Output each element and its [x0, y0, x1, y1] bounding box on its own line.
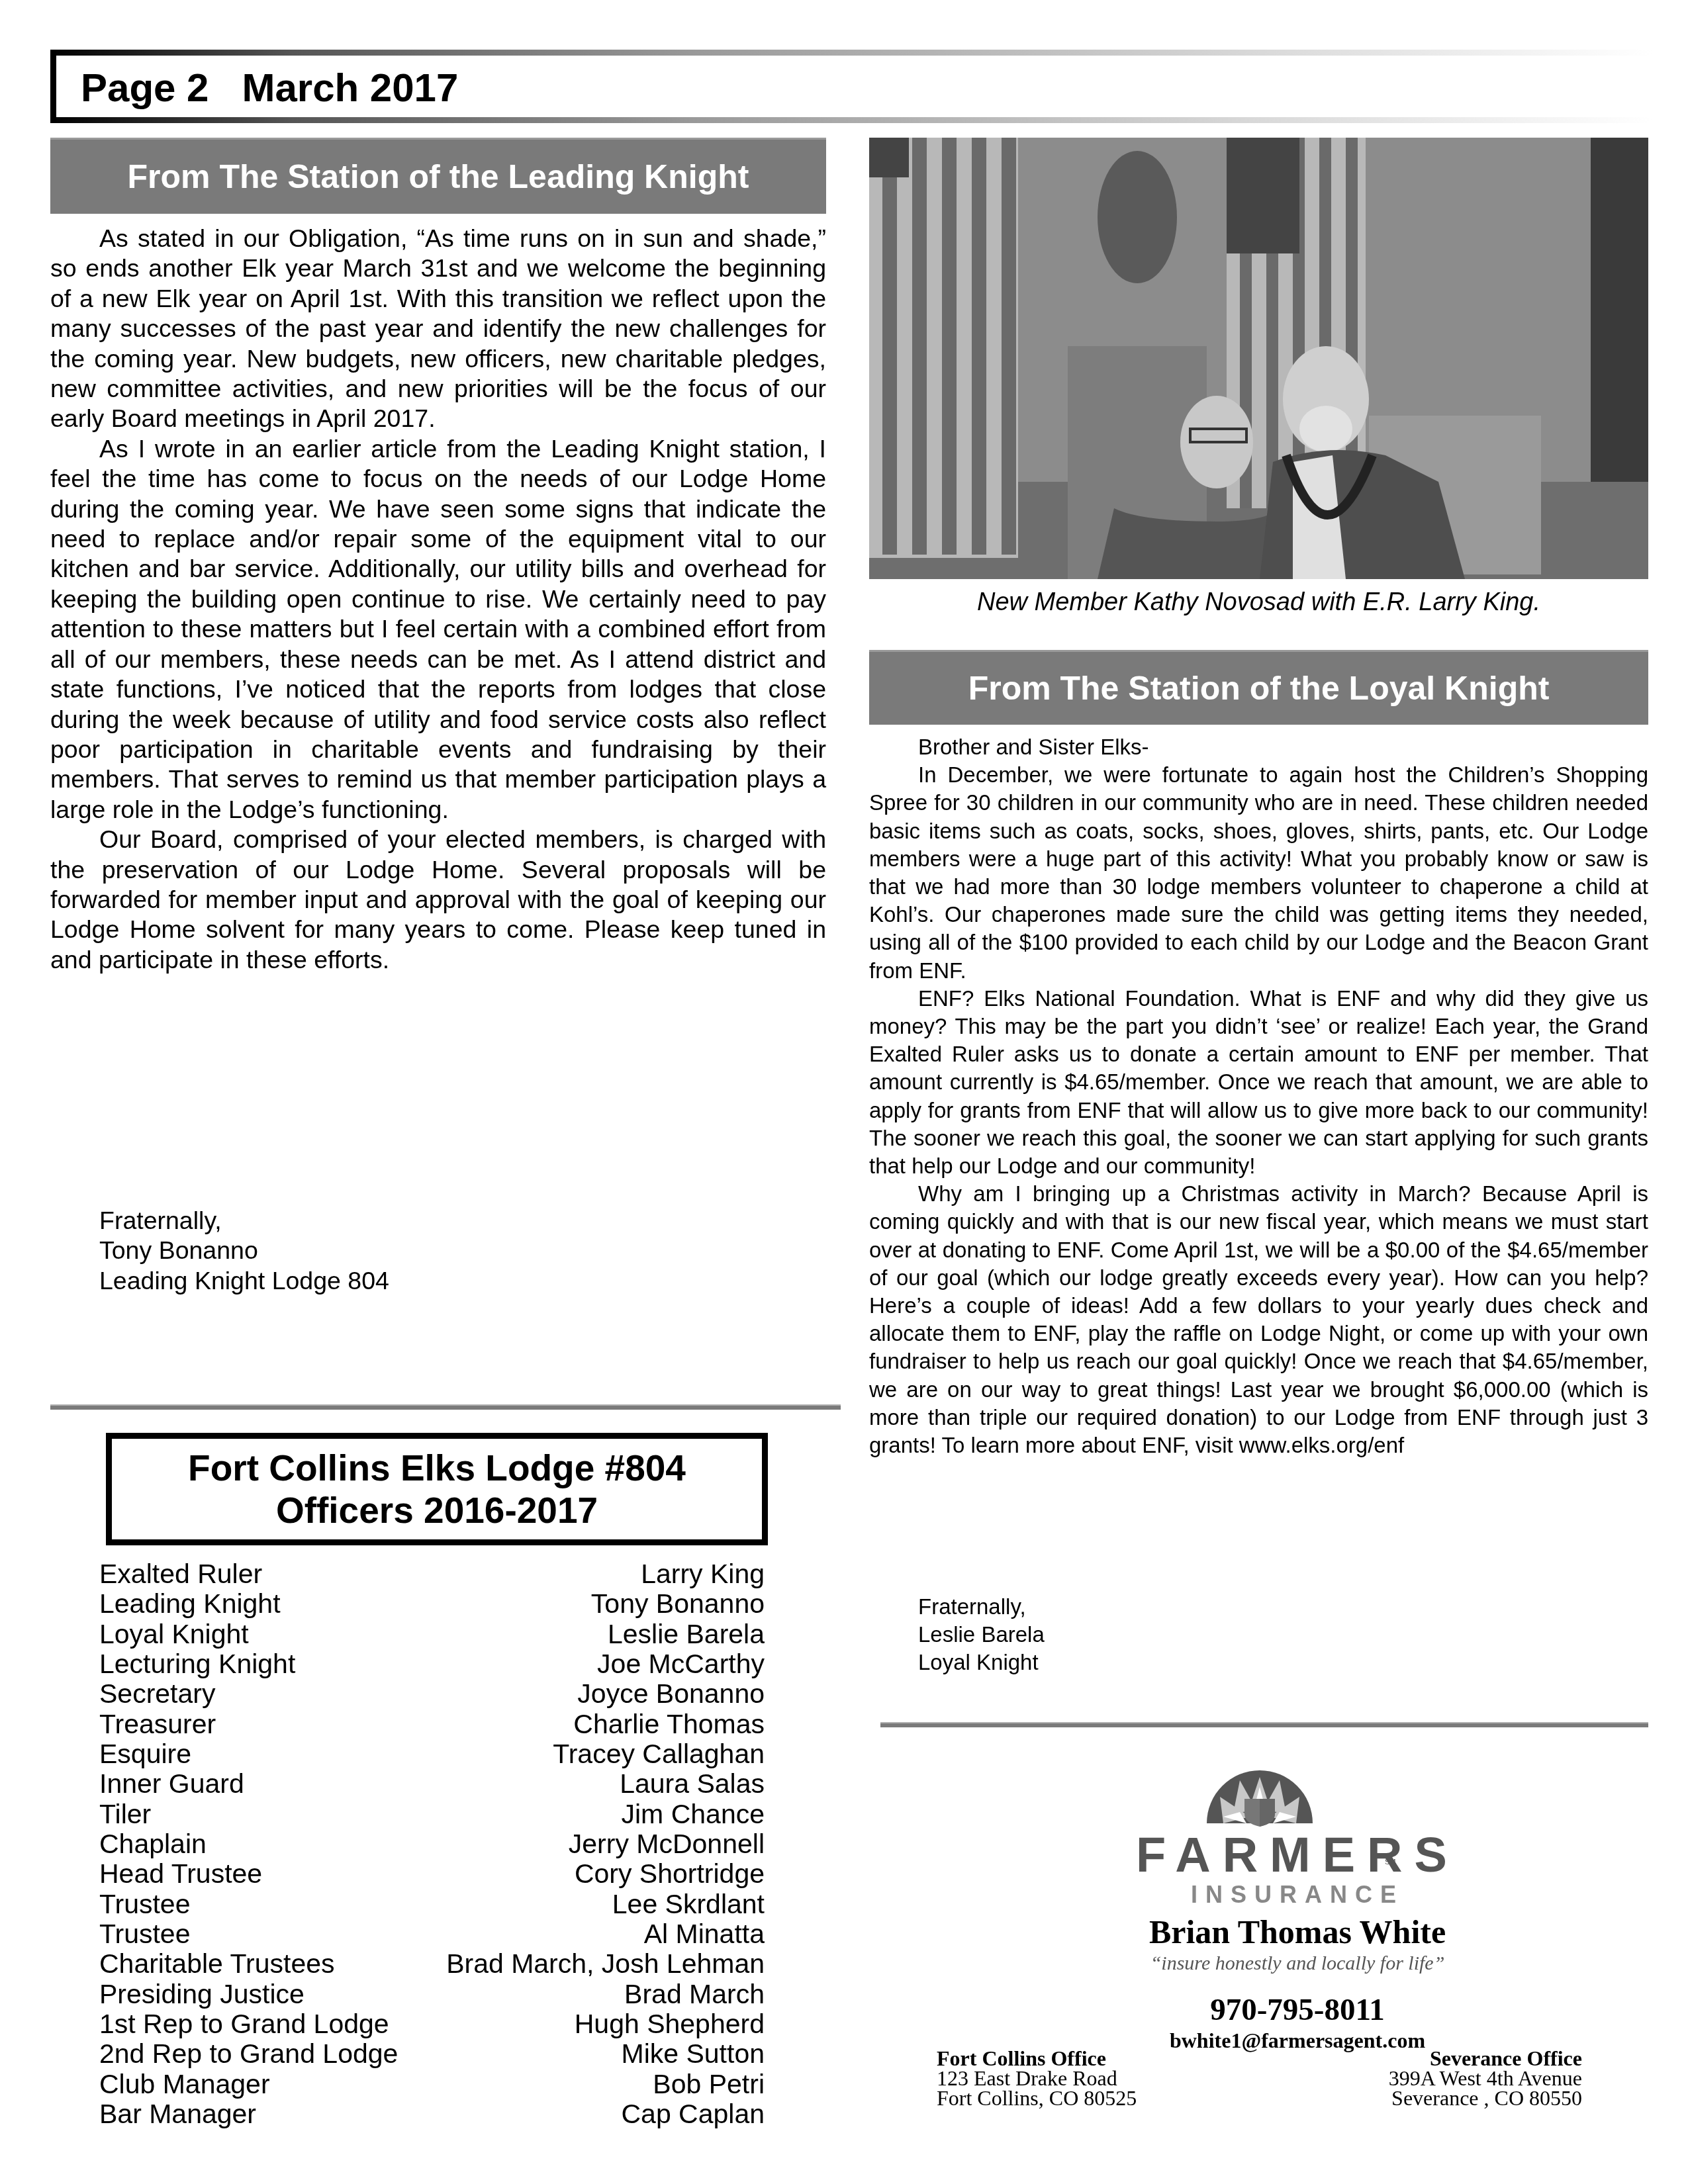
photo-caption: New Member Kathy Novosad with E.R. Larry… [869, 582, 1648, 622]
officer-name: Cory Shortridge [575, 1859, 765, 1889]
photo-illustration [869, 138, 1648, 579]
author-name: Tony Bonanno [99, 1236, 389, 1265]
officer-name: Hugh Shepherd [575, 2009, 765, 2039]
officer-role: Chaplain [99, 1829, 207, 1859]
officer-row: Head TrusteeCory Shortridge [99, 1859, 765, 1889]
article-paragraph: ENF? Elks National Foundation. What is E… [869, 985, 1648, 1180]
officer-name: Brad March, Josh Lehman [446, 1949, 765, 1979]
officer-row: 1st Rep to Grand LodgeHugh Shepherd [99, 2009, 765, 2039]
officer-role: Trustee [99, 1919, 190, 1949]
member-photo [869, 138, 1648, 579]
officer-row: Club ManagerBob Petri [99, 2070, 765, 2099]
officer-name: Laura Salas [620, 1769, 765, 1799]
page-title: Page 2 March 2017 [81, 58, 458, 118]
loyal-knight-banner: From The Station of the Loyal Knight [869, 650, 1648, 725]
officer-row: TrusteeAl Minatta [99, 1919, 765, 1949]
loyal-knight-signature: Fraternally, Leslie Barela Loyal Knight [918, 1593, 1045, 1677]
officers-title-line2: Officers 2016-2017 [112, 1489, 762, 1531]
officer-row: ChaplainJerry McDonnell [99, 1829, 765, 1859]
header-bottom-rule [50, 117, 1652, 123]
officer-role: Esquire [99, 1739, 191, 1769]
officer-row: Charitable TrusteesBrad March, Josh Lehm… [99, 1949, 765, 1979]
office-city: Severance , CO 80550 [1317, 2088, 1582, 2108]
officer-role: Bar Manager [99, 2099, 256, 2129]
officer-role: Charitable Trustees [99, 1949, 335, 1979]
page-label: Page 2 [81, 66, 209, 110]
officer-name: Brad March [624, 1979, 765, 2009]
leading-knight-banner: From The Station of the Leading Knight [50, 138, 826, 214]
officer-role: Treasurer [99, 1709, 216, 1739]
office-street: 123 East Drake Road [937, 2068, 1137, 2088]
signoff: Fraternally, [99, 1206, 389, 1236]
officer-row: Lecturing KnightJoe McCarthy [99, 1649, 765, 1679]
officer-name: Mike Sutton [622, 2039, 765, 2069]
officer-role: Lecturing Knight [99, 1649, 295, 1679]
header-left-rule [50, 50, 56, 123]
officer-name: Jim Chance [622, 1799, 765, 1829]
officer-row: EsquireTracey Callaghan [99, 1739, 765, 1769]
officer-role: Presiding Justice [99, 1979, 305, 2009]
article-paragraph: As stated in our Obligation, “As time ru… [50, 224, 826, 434]
author-title: Loyal Knight [918, 1649, 1045, 1676]
officer-name: Joyce Bonanno [577, 1679, 765, 1709]
officer-role: Inner Guard [99, 1769, 244, 1799]
officer-role: Leading Knight [99, 1589, 281, 1619]
article-salutation: Brother and Sister Elks- [869, 733, 1648, 761]
officer-name: Lee Skrdlant [612, 1889, 765, 1919]
officer-row: Presiding JusticeBrad March [99, 1979, 765, 2009]
agent-name: Brian Thomas White [993, 1913, 1602, 1951]
officer-name: Al Minatta [644, 1919, 765, 1949]
officer-name: Joe McCarthy [597, 1649, 765, 1679]
left-flag [869, 138, 1018, 558]
officer-role: Secretary [99, 1679, 215, 1709]
article-paragraph: Our Board, comprised of your elected mem… [50, 825, 826, 975]
office-fort-collins: Fort Collins Office 123 East Drake Road … [937, 2048, 1137, 2108]
officer-row: Leading KnightTony Bonanno [99, 1589, 765, 1619]
article-paragraph: Why am I bringing up a Christmas activit… [869, 1180, 1648, 1459]
officer-role: 1st Rep to Grand Lodge [99, 2009, 389, 2039]
officer-name: Tony Bonanno [591, 1589, 765, 1619]
officer-role: 2nd Rep to Grand Lodge [99, 2039, 398, 2069]
officer-row: TreasurerCharlie Thomas [99, 1709, 765, 1739]
issue-date: March 2017 [242, 66, 458, 110]
right-column-divider [880, 1722, 1648, 1727]
office-severance: Severance Office 399A West 4th Avenue Se… [1317, 2048, 1582, 2108]
officer-row: 2nd Rep to Grand LodgeMike Sutton [99, 2039, 765, 2069]
officer-role: Tiler [99, 1799, 151, 1829]
loyal-knight-title: From The Station of the Loyal Knight [968, 669, 1550, 707]
officer-name: Jerry McDonnell [569, 1829, 765, 1859]
officer-name: Charlie Thomas [573, 1709, 765, 1739]
header-top-rule [50, 50, 1652, 56]
officer-role: Exalted Ruler [99, 1559, 262, 1589]
office-name: Fort Collins Office [937, 2048, 1137, 2068]
officer-role: Loyal Knight [99, 1619, 249, 1649]
officer-row: Exalted RulerLarry King [99, 1559, 765, 1589]
agent-phone[interactable]: 970-795-8011 [993, 1992, 1602, 2028]
agent-tagline: “insure honestly and locally for life” [993, 1952, 1602, 1975]
office-street: 399A West 4th Avenue [1317, 2068, 1582, 2088]
officer-name: Leslie Barela [608, 1619, 765, 1649]
officer-name: Bob Petri [653, 2070, 765, 2099]
insurance-wordmark: INSURANCE [1059, 1881, 1536, 1909]
leading-knight-title: From The Station of the Leading Knight [128, 158, 749, 196]
left-column-divider [50, 1404, 841, 1410]
farmers-wordmark: FARMERS [1059, 1827, 1536, 1883]
officer-name: Tracey Callaghan [553, 1739, 765, 1769]
officer-role: Head Trustee [99, 1859, 262, 1889]
officer-role: Trustee [99, 1889, 190, 1919]
officer-row: SecretaryJoyce Bonanno [99, 1679, 765, 1709]
officer-row: Loyal KnightLeslie Barela [99, 1619, 765, 1649]
loyal-knight-body: Brother and Sister Elks- In December, we… [869, 733, 1648, 1459]
leading-knight-body: As stated in our Obligation, “As time ru… [50, 224, 826, 975]
author-title: Leading Knight Lodge 804 [99, 1266, 389, 1296]
officer-name: Larry King [641, 1559, 765, 1589]
article-paragraph: In December, we were fortunate to again … [869, 761, 1648, 985]
officer-row: TilerJim Chance [99, 1799, 765, 1829]
officers-title-box: Fort Collins Elks Lodge #804 Officers 20… [106, 1433, 768, 1545]
signoff: Fraternally, [918, 1593, 1045, 1621]
office-name: Severance Office [1317, 2048, 1582, 2068]
office-city: Fort Collins, CO 80525 [937, 2088, 1137, 2108]
leading-knight-signature: Fraternally, Tony Bonanno Leading Knight… [99, 1206, 389, 1296]
officer-row: TrusteeLee Skrdlant [99, 1889, 765, 1919]
author-name: Leslie Barela [918, 1621, 1045, 1649]
officer-role: Club Manager [99, 2070, 270, 2099]
officer-name: Cap Caplan [621, 2099, 765, 2129]
officer-row: Inner GuardLaura Salas [99, 1769, 765, 1799]
officers-title-line1: Fort Collins Elks Lodge #804 [112, 1447, 762, 1489]
article-paragraph: As I wrote in an earlier article from th… [50, 434, 826, 825]
officer-row: Bar ManagerCap Caplan [99, 2099, 765, 2129]
service-mark: SM [1385, 1858, 1396, 1866]
farmers-logo-icon [1203, 1760, 1316, 1827]
